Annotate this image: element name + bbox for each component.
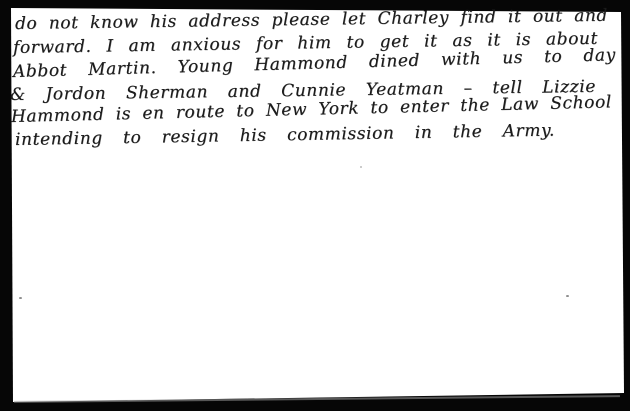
scan-dust-speck xyxy=(360,166,362,168)
scanned-document: do not know his address please let Charl… xyxy=(0,0,630,411)
scan-dust-speck xyxy=(19,297,22,299)
scan-dust-speck xyxy=(566,295,569,297)
